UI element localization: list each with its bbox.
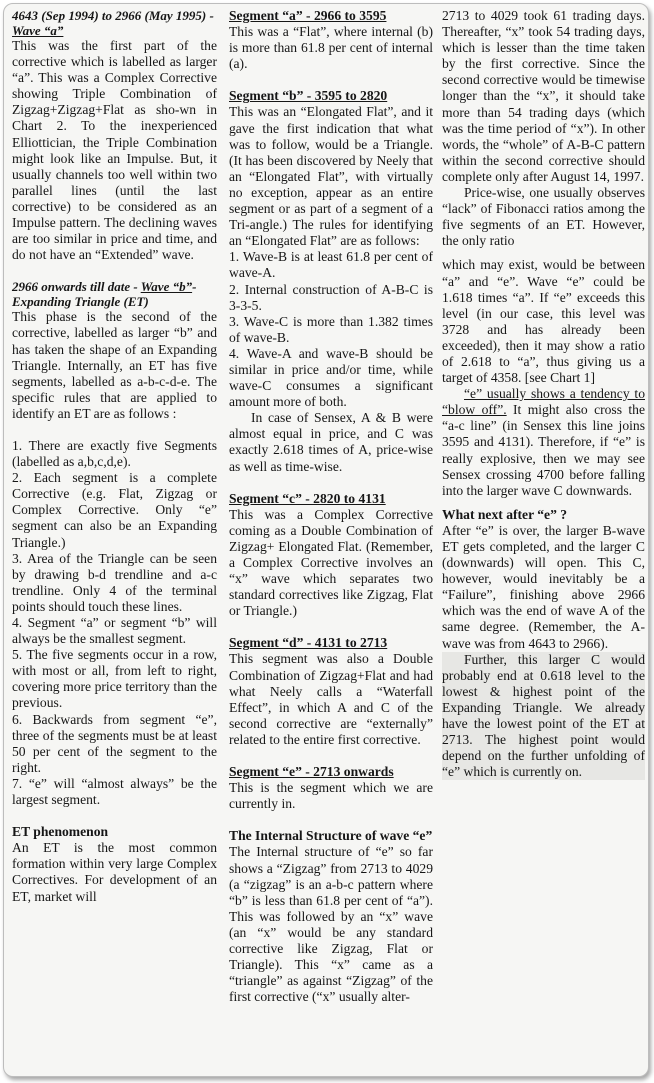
et-rule: 1. There are exactly five Segments (labe… [12,438,217,470]
what-next-heading: What next after “e” ? [442,507,645,523]
internal-structure-body: The Internal structure of “e” so far sho… [229,844,433,1005]
wave-b-body: This phase is the second of the correcti… [12,309,217,422]
elongated-flat-rules-list: 1. Wave-B is at least 61.8 per cent of w… [229,249,433,410]
segment-a-heading: Segment “a” - 2966 to 3595 [229,8,433,24]
column-1: 4643 (Sep 1994) to 2966 (May 1995) - Wav… [12,8,217,905]
et-rule: 3. Area of the Triangle can be seen by d… [12,551,217,615]
further-body: Further, this larger C would probably en… [442,652,645,781]
segment-b-heading: Segment “b” - 3595 to 2820 [229,88,433,104]
wave-a-heading: 4643 (Sep 1994) to 2966 (May 1995) - Wav… [12,8,217,38]
wave-b-label: Wave “b” [141,279,192,294]
et-rules-list: 1. There are exactly five Segments (labe… [12,438,217,808]
et-rule: 5. The five segments occur in a row, wit… [12,647,217,711]
segment-c-heading: Segment “c” - 2820 to 4131 [229,491,433,507]
wave-b-heading: 2966 onwards till date - Wave “b”- Expan… [12,279,217,309]
elongated-flat-rule: 4. Wave-A and wave-B should be similar i… [229,346,433,410]
et-rule: 2. Each segment is a complete Corrective… [12,470,217,550]
segment-d-body: This segment was also a Double Combinati… [229,651,433,748]
internal-structure-heading: The Internal Structure of wave “e” [229,828,433,844]
et-rule: 7. “e” will “almost always” be the large… [12,776,217,808]
segment-c-body: This was a Complex Corrective coming as … [229,507,433,620]
sensex-note: In case of Sensex, A & B were almost equ… [229,410,433,474]
et-rule: 4. Segment “a” or segment “b” will alway… [12,615,217,647]
et-phenomenon-heading: ET phenomenon [12,824,217,840]
segment-e-heading: Segment “e” - 2713 onwards [229,764,433,780]
blow-off-paragraph: “e” usually shows a tendency to “blow of… [442,386,645,499]
elongated-flat-rule: 1. Wave-B is at least 61.8 per cent of w… [229,249,433,281]
price-wise-body-1: Price-wise, one usually observes “lack” … [442,185,645,249]
segment-e-body: This is the segment which we are current… [229,780,433,812]
column-3: 2713 to 4029 took 61 trading days. There… [442,8,645,780]
continuation-body: 2713 to 4029 took 61 trading days. There… [442,8,645,185]
segment-b-body: This was an “Elongated Flat”, and it gav… [229,104,433,249]
et-rule: 6. Backwards from segment “e”, three of … [12,712,217,776]
column-2: Segment “a” - 2966 to 3595 This was a “F… [229,8,433,1005]
wave-a-body: This was the first part of the correctiv… [12,38,217,263]
et-phenomenon-body: An ET is the most common formation withi… [12,840,217,904]
price-wise-body-2: which may exist, would be between “a” an… [442,257,645,386]
elongated-flat-rule: 3. Wave-C is more than 1.382 times of wa… [229,314,433,346]
segment-d-heading: Segment “d” - 4131 to 2713 [229,635,433,651]
segment-a-body: This was a “Flat”, where internal (b) is… [229,24,433,72]
what-next-body: After “e” is over, the larger B-wave ET … [442,523,645,652]
elongated-flat-rule: 2. Internal construction of A-B-C is 3-3… [229,282,433,314]
wave-a-label: Wave “a” [12,23,63,38]
newspaper-clipping: 4643 (Sep 1994) to 2966 (May 1995) - Wav… [3,3,649,1077]
